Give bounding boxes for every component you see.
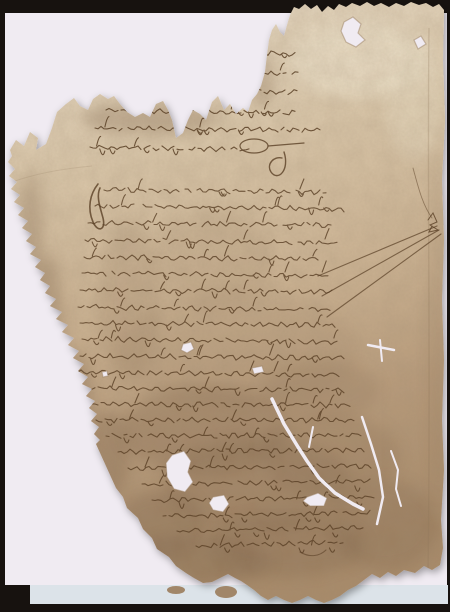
table-strip [30,585,448,604]
hole [102,371,108,377]
manuscript-scene [0,0,450,612]
manuscript-photo-frame [0,0,450,612]
parchment-fragment [215,586,237,598]
hole [252,366,264,374]
parchment-fragment [167,586,185,594]
